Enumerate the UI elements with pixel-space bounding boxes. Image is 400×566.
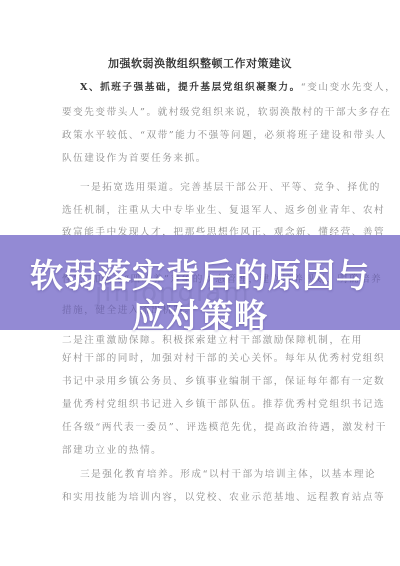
paragraph-line: 政策水平较低、“双带”能力不强等问题，必须将班子建设和带头人 — [62, 130, 342, 142]
paragraph-line: 一是拓宽选用渠道。完善基层干部公开、平等、竞争、择优的 — [80, 182, 342, 194]
document-title: 加强软弱涣散组织整顿工作对策建议 — [0, 55, 400, 71]
paragraph-line: 书记中录用乡镇公务员、乡镇事业编制干部，保证每年都有一定数 — [62, 376, 342, 388]
paragraph-line: 和实用技能为培训内容，以党校、农业示范基地、远程教育站点等 — [62, 492, 342, 504]
paragraph-line: 选任机制，注重从大中专毕业生、复退军人、返乡创业青年、农村 — [62, 205, 342, 217]
paragraph-line: 队伍建设作为首要任务来抓。 — [62, 153, 342, 165]
headline-line-2: 应对策略 — [0, 290, 400, 337]
paragraph-line: 部建功立业的热情。 — [62, 445, 342, 457]
section-heading: X、抓班子强基础，提升基层党组织凝聚力。“变山变水先变人， — [80, 82, 342, 94]
paragraph-line: 好村干部的同时，加强对村干部的关心关怀。每年从优秀村党组织 — [62, 353, 342, 365]
section-heading-quote: “变山变水先变人， — [301, 82, 397, 93]
paragraph-line: 要变先变带头人”。就村级党组织来说，软弱涣散村的干部大多存在 — [62, 107, 342, 119]
paragraph-line: 量优秀村党组织书记进入乡镇干部队伍。推荐优秀村党组织书记选 — [62, 399, 342, 411]
paragraph-line: 三是强化教育培养。形成“以村干部为培训主体，以基本理论 — [80, 469, 342, 481]
section-heading-bold: X、抓班子强基础，提升基层党组织凝聚力。 — [80, 82, 301, 93]
paragraph-line: 任各级“两代表一委员”、评选模范先优，提高政治待遇，激发村干 — [62, 422, 342, 434]
